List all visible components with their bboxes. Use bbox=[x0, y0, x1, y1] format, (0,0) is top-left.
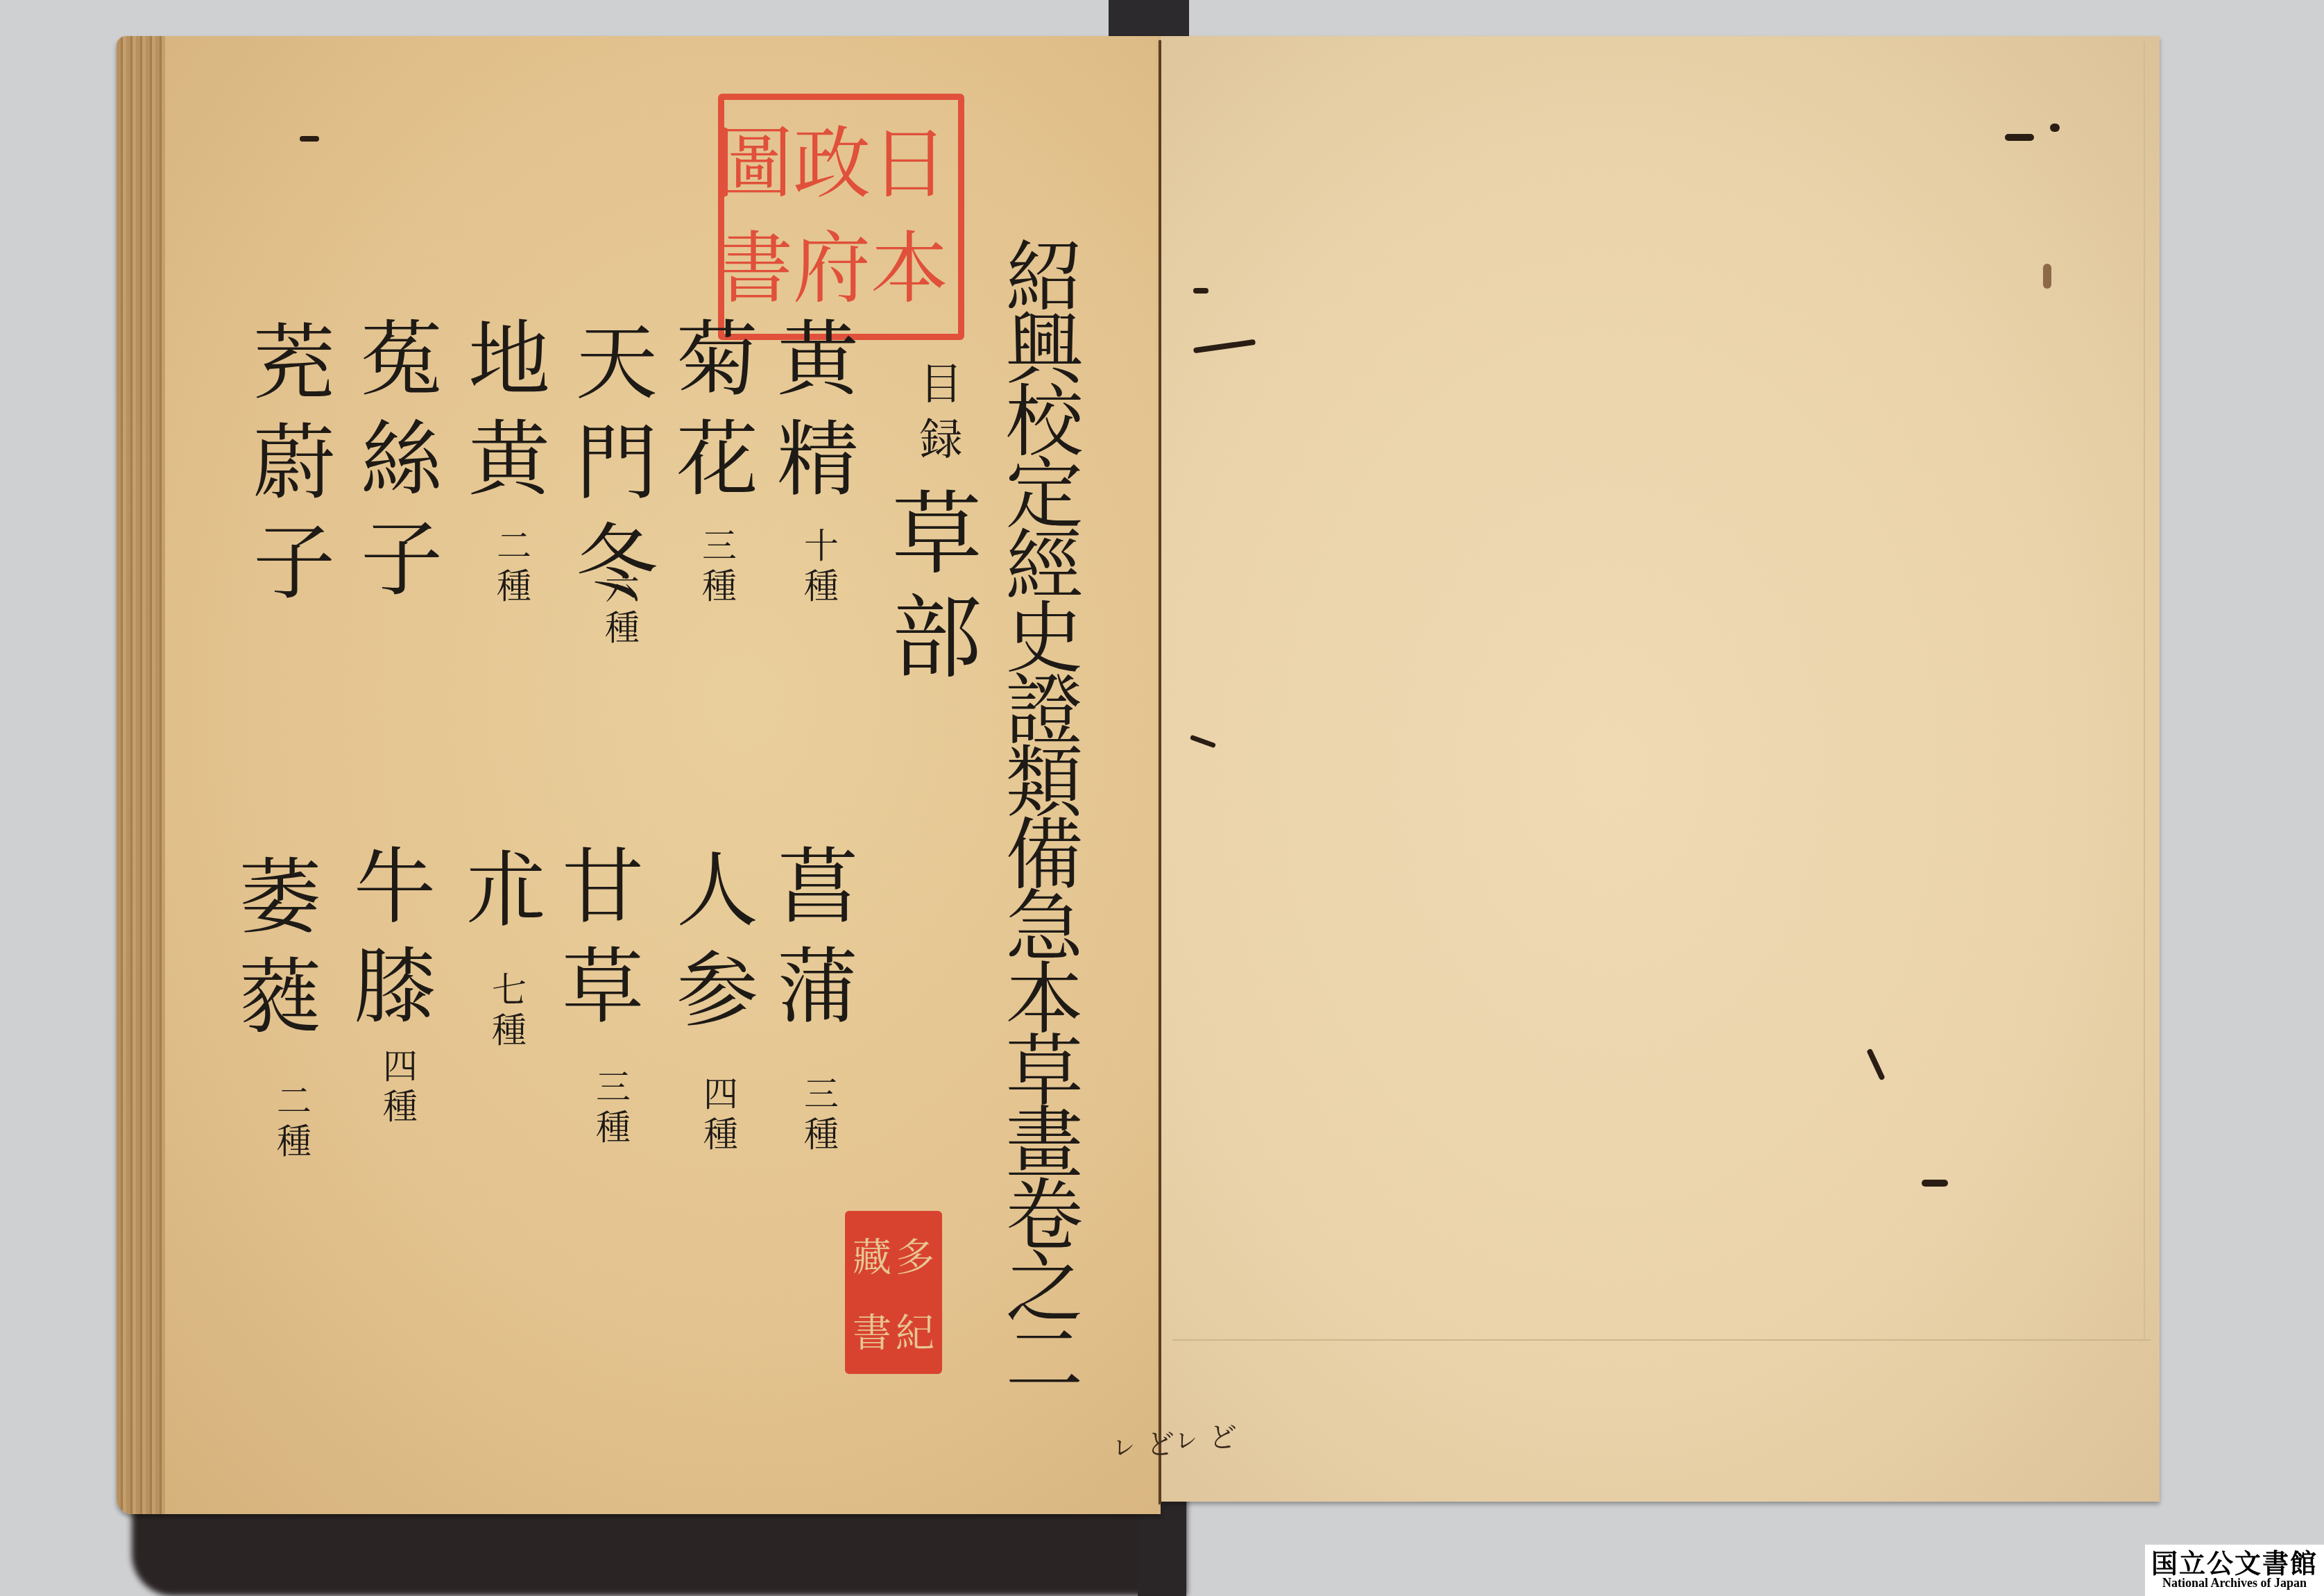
entry-count: 六種 bbox=[602, 569, 637, 650]
right-page bbox=[1161, 36, 2160, 1502]
entry-count: 三種 bbox=[699, 527, 734, 608]
entry-count: 三種 bbox=[593, 1069, 628, 1149]
seal-char: 紀 bbox=[894, 1293, 937, 1369]
entry-name: 菊花 bbox=[669, 316, 751, 516]
entry-count: 二種 bbox=[274, 1083, 309, 1163]
right-page-edge-line bbox=[2144, 42, 2145, 1339]
entry-name: 菟絲子 bbox=[354, 316, 436, 616]
seal-char: 府 bbox=[793, 217, 871, 322]
margin-mark: ㇾ ど bbox=[1110, 1423, 1174, 1462]
entry-name: 萎蕤 bbox=[232, 854, 314, 1053]
seal-char: 圖 bbox=[715, 112, 793, 217]
book-gutter bbox=[1159, 40, 1161, 1504]
entry-name: 菖蒲 bbox=[770, 843, 852, 1043]
binding-ribbon-top bbox=[1109, 0, 1189, 42]
right-page-fold-line bbox=[1172, 1339, 2151, 1341]
national-archives-logo: 国立公文書館 National Archives of Japan bbox=[2145, 1545, 2324, 1596]
entry-name: 朮 bbox=[458, 847, 540, 946]
category-heading: 草部 bbox=[885, 486, 975, 694]
seal-private-collection: 多 藏 紀 書 bbox=[845, 1211, 942, 1374]
entry-count: 四種 bbox=[380, 1048, 415, 1128]
ink-mark bbox=[1193, 288, 1208, 294]
entry-name: 茺蔚子 bbox=[246, 319, 328, 619]
archive-name-japanese: 国立公文書館 bbox=[2151, 1550, 2318, 1577]
seal-japanese-government-library: 日 政 圖 本 府 書 bbox=[718, 94, 964, 340]
margin-mark: ㇾ ど bbox=[1172, 1416, 1237, 1455]
entry-count: 十種 bbox=[801, 527, 836, 608]
seal-char: 日 bbox=[871, 112, 948, 217]
entry-count: 四種 bbox=[701, 1076, 735, 1156]
seal-char: 書 bbox=[715, 217, 793, 322]
entry-count: 二種 bbox=[494, 527, 529, 608]
ink-mark bbox=[2043, 264, 2051, 289]
archive-name-english: National Archives of Japan bbox=[2162, 1577, 2307, 1590]
entry-name: 地黄 bbox=[461, 316, 543, 516]
seal-char: 本 bbox=[871, 217, 948, 322]
page-edges bbox=[117, 36, 165, 1514]
seal-char: 多 bbox=[894, 1216, 937, 1293]
seal-char: 政 bbox=[793, 112, 871, 217]
ink-mark bbox=[2050, 124, 2060, 132]
entry-name: 黄精 bbox=[770, 316, 852, 516]
section-heading: 目録 bbox=[916, 361, 959, 472]
seal-char: 藏 bbox=[851, 1216, 894, 1293]
entry-name: 甘草 bbox=[555, 843, 637, 1043]
ink-mark bbox=[2005, 134, 2034, 141]
entry-name: 人参 bbox=[669, 847, 751, 1046]
seal-char: 書 bbox=[851, 1293, 894, 1369]
ink-mark bbox=[1922, 1180, 1948, 1187]
entry-name: 牛膝 bbox=[347, 843, 429, 1043]
entry-count: 三種 bbox=[801, 1076, 836, 1156]
entry-count: 七種 bbox=[489, 971, 524, 1052]
book-title: 紹興校定經史證類備急本草畫卷之二 bbox=[999, 236, 1077, 1391]
ink-mark bbox=[300, 136, 319, 142]
